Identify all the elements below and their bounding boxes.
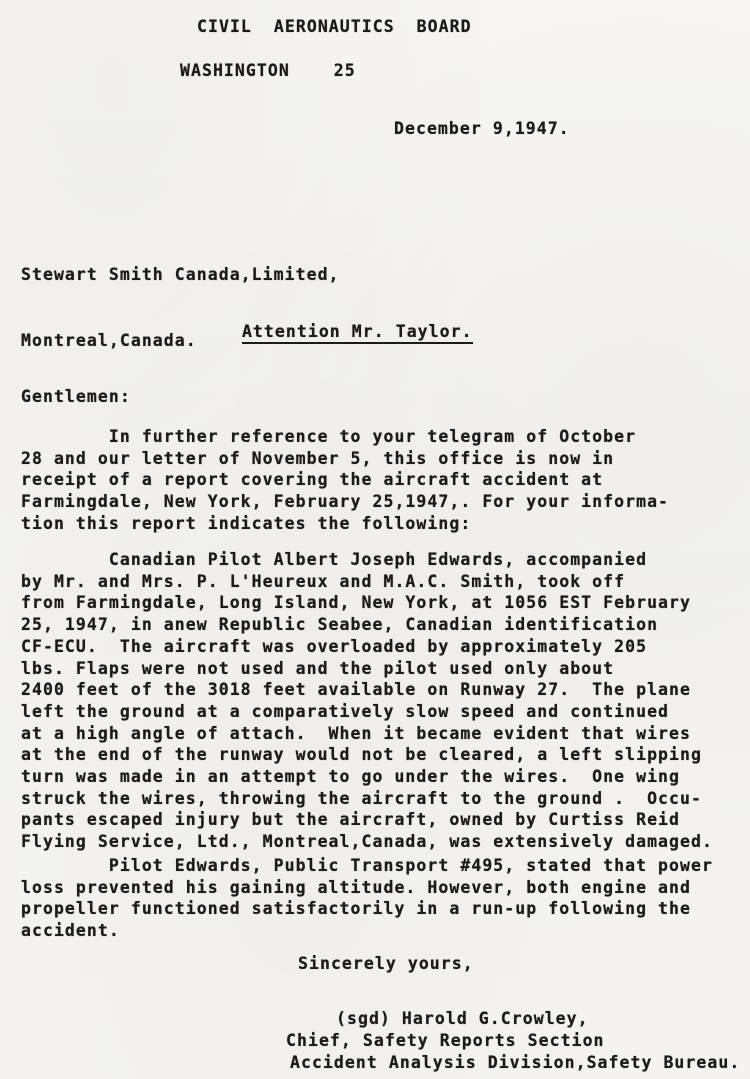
- text-line: by Mr. and Mrs. P. L'Heureux and M.A.C. …: [21, 571, 713, 593]
- body-paragraph-1: In further reference to your telegram of…: [21, 426, 669, 535]
- closing-title-line-2: Accident Analysis Division,Safety Bureau…: [290, 1052, 740, 1074]
- body-paragraph-3: Pilot Edwards, Public Transport #495, st…: [21, 855, 713, 942]
- text-line: 28 and our letter of November 5, this of…: [21, 448, 669, 470]
- text-line: struck the wires, throwing the aircraft …: [21, 788, 713, 810]
- text-line: 2400 feet of the 3018 feet available on …: [21, 679, 713, 701]
- recipient-name: Stewart Smith Canada,Limited,: [21, 264, 340, 286]
- text-line: Canadian Pilot Albert Joseph Edwards, ac…: [21, 549, 713, 571]
- closing-valediction: Sincerely yours,: [298, 953, 474, 975]
- text-line: accident.: [21, 920, 713, 942]
- text-line: loss prevented his gaining altitude. How…: [21, 877, 713, 899]
- text-line: Farmingdale, New York, February 25,1947,…: [21, 491, 669, 513]
- text-line: tion this report indicates the following…: [21, 513, 669, 535]
- text-line: 25, 1947, in anew Republic Seabee, Canad…: [21, 614, 713, 636]
- text-line: left the ground at a comparatively slow …: [21, 701, 713, 723]
- text-line: propeller functioned satisfactorily in a…: [21, 898, 713, 920]
- text-line: turn was made in an attempt to go under …: [21, 766, 713, 788]
- letterhead-organization: CIVIL AERONAUTICS BOARD: [197, 16, 472, 38]
- text-line: In further reference to your telegram of…: [21, 426, 669, 448]
- closing-signed-line: (sgd) Harold G.Crowley,: [336, 1008, 589, 1030]
- letter-date: December 9,1947.: [394, 118, 570, 140]
- text-line: pants escaped injury but the aircraft, o…: [21, 809, 713, 831]
- attention-line: Attention Mr. Taylor.: [242, 322, 473, 344]
- text-line: Pilot Edwards, Public Transport #495, st…: [21, 855, 713, 877]
- letterhead-city-line: WASHINGTON 25: [180, 60, 356, 82]
- text-line: Flying Service, Ltd., Montreal,Canada, w…: [21, 831, 713, 853]
- text-line: at a high angle of attach. When it becam…: [21, 723, 713, 745]
- text-line: receipt of a report covering the aircraf…: [21, 469, 669, 491]
- text-line: CF-ECU. The aircraft was overloaded by a…: [21, 636, 713, 658]
- scanned-letter-page: CIVIL AERONAUTICS BOARD WASHINGTON 25 De…: [0, 0, 750, 1079]
- text-line: at the end of the runway would not be cl…: [21, 744, 713, 766]
- closing-title-line-1: Chief, Safety Reports Section: [286, 1030, 605, 1052]
- text-line: lbs. Flaps were not used and the pilot u…: [21, 658, 713, 680]
- attention-line-wrap: Attention Mr. Taylor.: [198, 299, 473, 364]
- text-line: from Farmingdale, Long Island, New York,…: [21, 592, 713, 614]
- body-paragraph-2: Canadian Pilot Albert Joseph Edwards, ac…: [21, 549, 713, 853]
- salutation: Gentlemen:: [21, 386, 131, 408]
